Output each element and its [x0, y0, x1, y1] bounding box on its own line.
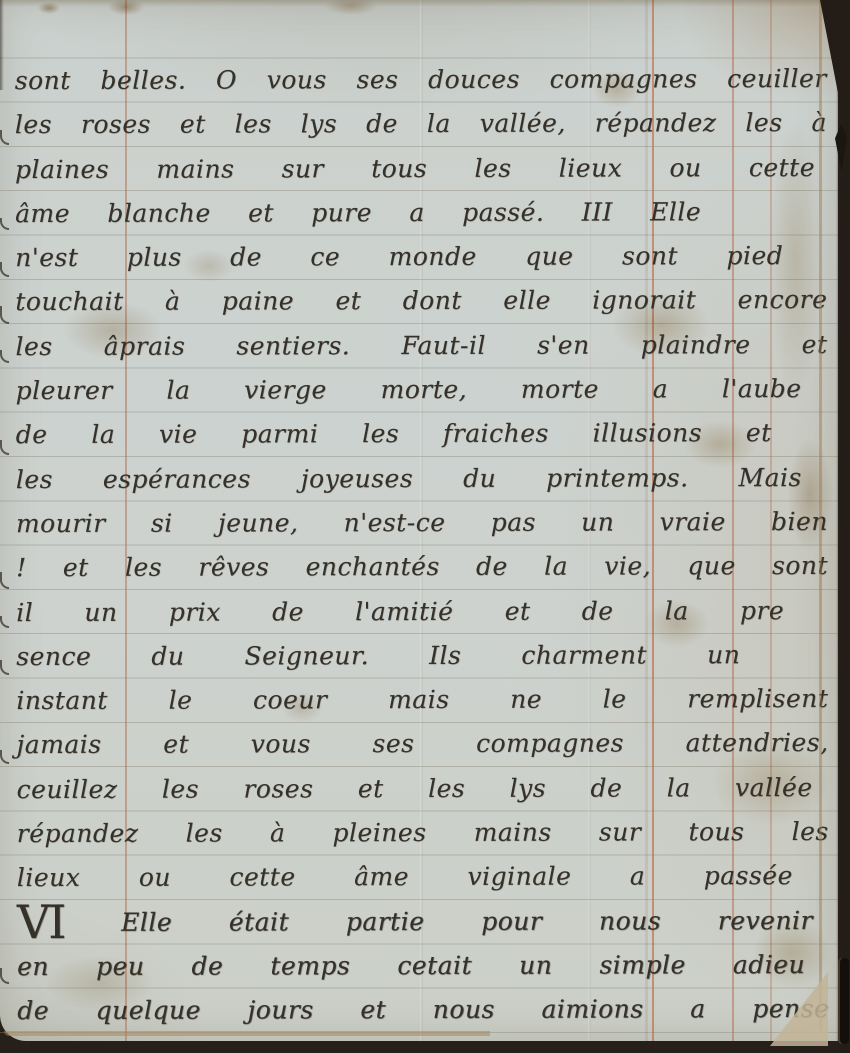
manuscript-line: touchait à paine et dont elle ignorait e…: [15, 278, 827, 324]
manuscript-line: les espérances joyeuses du printemps. Ma…: [16, 456, 802, 502]
binding-clasp-icon: [838, 958, 849, 1044]
manuscript-line: jamais et vous ses compagnes attendries,: [16, 721, 828, 767]
page-top-shadow: [0, 0, 838, 7]
manuscript-line: ceuillez les roses et les lys de la vall…: [17, 766, 813, 812]
manuscript-line: les roses et les lys de la vallée, répan…: [15, 101, 827, 147]
manuscript-line: sont belles. O vous ses douces compagnes…: [15, 57, 827, 103]
manuscript-line: il un prix de l'amitié et de la pre: [16, 589, 784, 635]
handwritten-text-block: sont belles. O vous ses douces compagnes…: [15, 57, 830, 1034]
section-marker-vi: VI: [17, 895, 65, 949]
manuscript-line: lieux ou cette âme viginale a passée: [17, 854, 793, 900]
manuscript-line: de la vie parmi les fraiches illusions e…: [16, 411, 772, 457]
manuscript-line: les âprais sentiers. Faut-il s'en plaind…: [15, 323, 827, 369]
manuscript-line: plaines mains sur tous les lieux ou cett…: [15, 146, 815, 192]
manuscript-line: en peu de temps cetait un simple adieu: [17, 943, 805, 989]
manuscript-line: âme blanche et pure a passé. III Elle: [15, 190, 701, 236]
notebook-page: sont belles. O vous ses douces compagnes…: [0, 0, 838, 1041]
page-left-edge: [0, 0, 4, 90]
manuscript-line: de quelque jours et nous aimions a pense: [17, 987, 829, 1033]
manuscript-photo: sont belles. O vous ses douces compagnes…: [0, 0, 850, 1053]
page-under-edge: [4, 1031, 490, 1036]
manuscript-line: pleurer la vierge morte, morte a l'aube: [16, 367, 802, 413]
manuscript-line: ! et les rêves enchantés de la vie, que …: [16, 544, 828, 590]
manuscript-line: mourir si jeune, n'est-ce pas un vraie b…: [16, 500, 828, 546]
manuscript-line-text: Elle était partie pour nous revenir: [121, 906, 813, 937]
manuscript-line: répandez les à pleines mains sur tous le…: [17, 810, 829, 856]
manuscript-line: instant le coeur mais ne le remplisent: [16, 677, 828, 723]
manuscript-line: n'est plus de ce monde que sont pied: [15, 234, 783, 280]
manuscript-line: sence du Seigneur. Ils charment un: [16, 633, 740, 679]
manuscript-line-section-vi: VI Elle était partie pour nous revenir: [17, 899, 813, 945]
page-right-edge-line: [819, 0, 822, 1031]
